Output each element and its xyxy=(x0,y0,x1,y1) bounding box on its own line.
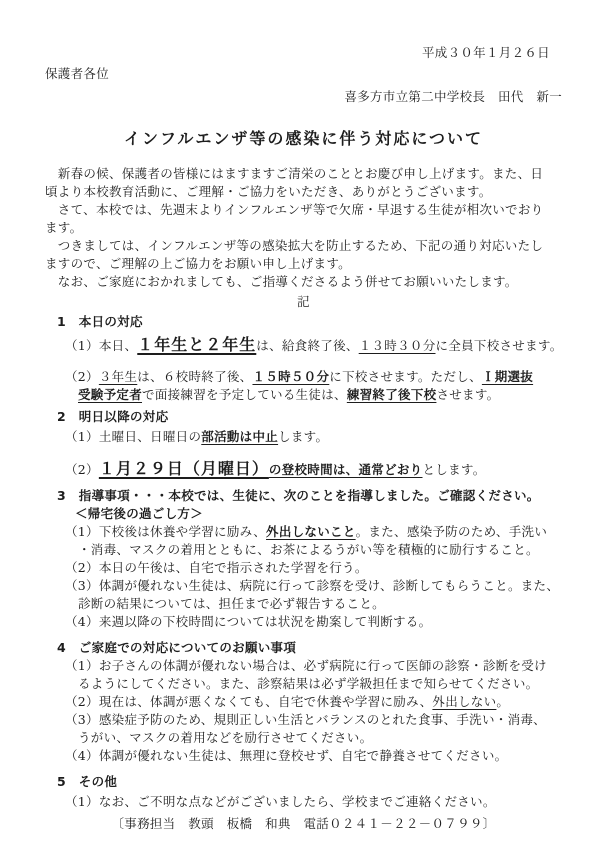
emphasis-text: 受験予定者 xyxy=(78,387,142,402)
text-segment: （2）現在は、体調が悪くなくても、自宅で休養や学習に励み、 xyxy=(65,694,432,709)
text-segment: （2） xyxy=(65,369,99,384)
page-title: インフルエンザ等の感染に伴う対応について xyxy=(45,126,562,149)
list-item: （4）体調が優れない生徒は、無理に登校せず、自宅で静養させてください。 xyxy=(65,747,562,765)
list-item: （3）感染症予防のため、規則正しい生活とバランスのとれた食事、手洗い・消毒、 xyxy=(65,711,562,729)
text-segment: とします。 xyxy=(423,462,486,477)
text-segment: （1）土曜日、日曜日の xyxy=(65,429,201,444)
text-segment: は、６校時終了後、 xyxy=(137,369,252,384)
list-item: （4）来週以降の下校時間については状況を勘案して判断する。 xyxy=(65,613,562,631)
greeting-line: つきましては、インフルエンザ等の感染拡大を防止するため、下記の通り対応いたし xyxy=(45,237,562,255)
list-item: （3）体調が優れない生徒は、病院に行って診察を受け、診断してもらうこと。また、 xyxy=(65,577,562,595)
text-segment: 。 xyxy=(496,694,509,709)
emphasis-text: 外出しない xyxy=(432,694,496,709)
section-other: 5 その他 （1）なお、ご不明な点などがございましたら、学校までご連絡ください。 xyxy=(45,773,562,811)
section-5-heading: 5 その他 xyxy=(57,773,562,791)
list-item-continuation: 診断の結果については、担任まで必ず報告すること。 xyxy=(78,595,562,613)
doc-addressee: 保護者各位 xyxy=(45,65,562,83)
text-segment: に下校させます。ただし、 xyxy=(329,369,482,384)
text-segment: します。 xyxy=(278,429,328,444)
text-segment: させます。 xyxy=(436,387,499,402)
list-item-continuation: るようにしてください。また、診察結果は必ず学級担任まで知らせてください。 xyxy=(78,675,562,693)
list-item: （2）１月２９日（月曜日）の登校時間は、通常どおりとします。 xyxy=(65,457,562,481)
list-item: （2）３年生は、６校時終了後、１５時５０分に下校させます。ただし、Ｉ期選抜 xyxy=(65,368,562,386)
emphasis-text: 外出しないこと xyxy=(266,524,356,539)
list-item: （1）下校後は休養や学習に励み、外出しないこと。また、感染予防のため、手洗い xyxy=(65,523,562,541)
section-tomorrow-response: 2 明日以降の対応 （1）土曜日、日曜日の部活動は中止します。 （2）１月２９日… xyxy=(45,408,562,481)
emphasis-text: の登校時間は、 xyxy=(269,462,359,477)
emphasis-text: １月２９日（月曜日） xyxy=(99,459,269,478)
greeting-line: さて、本校では、先週末よりインフルエンザ等で欠席・早退する生徒が相次いでおり xyxy=(45,201,562,219)
section-guidance: 3 指導事項・・・本校では、生徒に、次のことを指導しました。ご確認ください。 ＜… xyxy=(45,487,562,631)
text-segment: （1）本日、 xyxy=(65,338,137,353)
list-item: （2）本日の午後は、自宅で指示された学習を行う。 xyxy=(65,559,562,577)
text-segment: （1）下校後は休養や学習に励み、 xyxy=(65,524,266,539)
section-4-heading: 4 ご家庭での対応についてのお願い事項 xyxy=(57,639,562,657)
emphasis-text: 通常どおり xyxy=(358,462,422,477)
emphasis-text: １年生と２年生 xyxy=(137,335,256,354)
list-item: （1）土曜日、日曜日の部活動は中止します。 xyxy=(65,428,562,446)
greeting-line: ますので、ご理解の上ご協力をお願い申し上げます。 xyxy=(45,255,562,273)
greeting-line: 新春の候、保護者の皆様にはますますご清栄のこととお慶び申し上げます。また、日 xyxy=(45,165,562,183)
list-item-continuation: 受験予定者で面接練習を予定している生徒は、練習終了後下校させます。 xyxy=(78,386,562,404)
list-item: （1）お子さんの体調が優れない場合は、必ず病院に行って医師の診察・診断を受け xyxy=(65,657,562,675)
list-item-continuation: ・消毒、マスクの着用とともに、お茶によるうがい等を積極的に励行すること。 xyxy=(78,541,562,559)
emphasis-text: １５時５０分 xyxy=(252,369,329,384)
text-segment: は、給食終了後、 xyxy=(256,338,358,353)
greeting-line: なお、ご家庭におかれましても、ご指導くださるよう併せてお願いいたします。 xyxy=(45,273,562,291)
document-page: 平成３０年１月２６日 保護者各位 喜多方市立第二中学校長 田代 新一 インフルエ… xyxy=(0,0,600,848)
list-item: （2）現在は、体調が悪くなくても、自宅で休養や学習に励み、外出しない。 xyxy=(65,693,562,711)
section-2-heading: 2 明日以降の対応 xyxy=(57,408,562,426)
text-segment: に全員下校させます。 xyxy=(436,338,563,353)
list-item: （1）なお、ご不明な点などがございましたら、学校までご連絡ください。 xyxy=(65,793,562,811)
emphasis-text: Ｉ期選抜 xyxy=(482,369,533,384)
doc-date: 平成３０年１月２６日 xyxy=(45,44,562,62)
text-segment: で面接練習を予定している生徒は、 xyxy=(142,387,347,402)
emphasis-text: 練習終了後下校 xyxy=(347,387,437,402)
section-3-subheading: ＜帰宅後の過ごし方＞ xyxy=(75,505,562,523)
section-today-response: 1 本日の対応 （1）本日、１年生と２年生は、給食終了後、１３時３０分に全員下校… xyxy=(45,313,562,404)
emphasis-text: １３時３０分 xyxy=(359,338,436,353)
list-item: （1）本日、１年生と２年生は、給食終了後、１３時３０分に全員下校させます。 xyxy=(65,333,562,357)
list-item-continuation: うがい、マスクの着用などを励行させてください。 xyxy=(78,729,562,747)
section-home-request: 4 ご家庭での対応についてのお願い事項 （1）お子さんの体調が優れない場合は、必… xyxy=(45,639,562,765)
section-3-heading: 3 指導事項・・・本校では、生徒に、次のことを指導しました。ご確認ください。 xyxy=(57,487,562,505)
greeting-line: ます。 xyxy=(45,219,562,237)
text-segment: （2） xyxy=(65,462,99,477)
text-segment: 。また、感染予防のため、手洗い xyxy=(356,524,548,539)
section-1-heading: 1 本日の対応 xyxy=(57,313,562,331)
emphasis-text: 部活動は中止 xyxy=(201,429,278,444)
emphasis-text: ３年生 xyxy=(99,369,137,384)
greeting-block: 新春の候、保護者の皆様にはますますご清栄のこととお慶び申し上げます。また、日 頃… xyxy=(45,165,562,291)
doc-sender: 喜多方市立第二中学校長 田代 新一 xyxy=(45,88,562,106)
greeting-line: 頃より本校教育活動に、ご理解・ご協力をいただき、ありがとうございます。 xyxy=(45,183,562,201)
ki-marker: 記 xyxy=(45,293,562,311)
footer-contact: 〔事務担当 教頭 板橋 和典 電話０２４１－２２－０７９９〕 xyxy=(45,815,562,833)
